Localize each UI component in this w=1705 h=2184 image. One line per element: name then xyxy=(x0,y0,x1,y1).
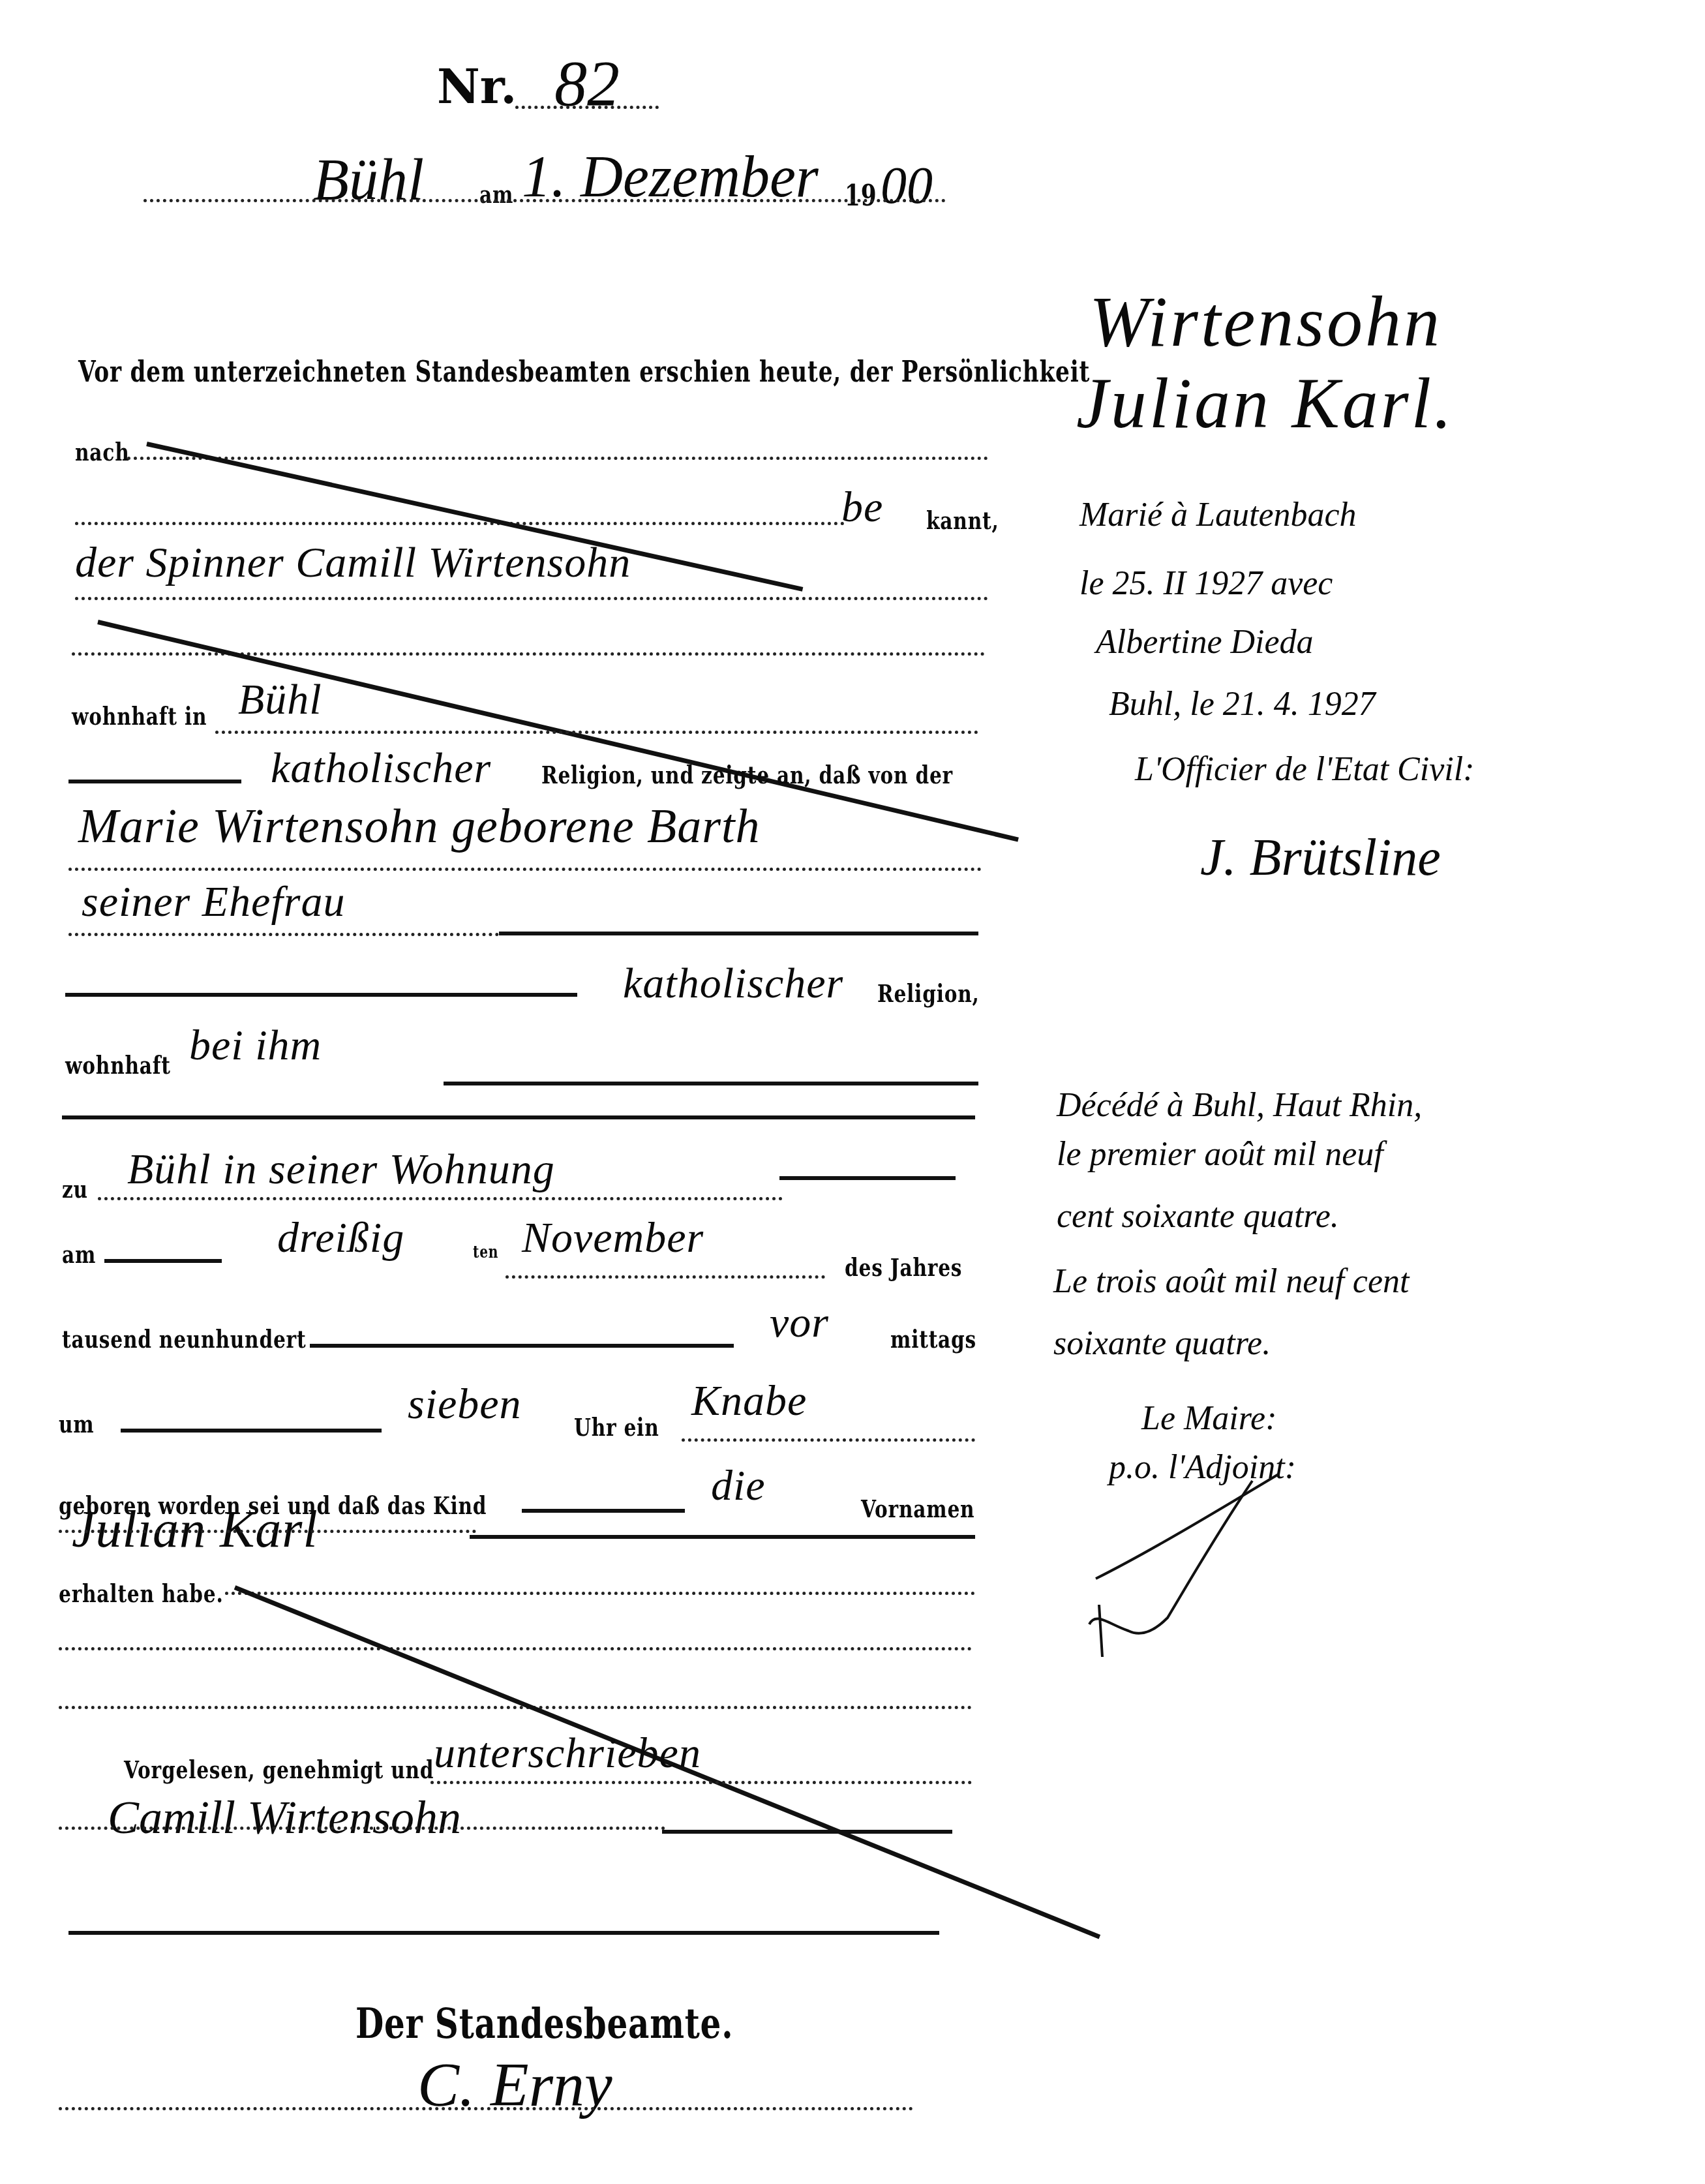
dotted-rule xyxy=(215,731,978,734)
vorgelesen-label: Vorgelesen, genehmigt und xyxy=(124,1755,434,1784)
filled-rule xyxy=(65,993,577,997)
year-suffix: 00 xyxy=(881,157,933,216)
dotted-rule xyxy=(72,652,985,656)
des-jahres-label: des Jahres xyxy=(845,1252,962,1282)
filled-rule xyxy=(62,1115,975,1119)
den-fill: die xyxy=(711,1461,766,1511)
death-note-line: Décédé à Buhl, Haut Rhin, xyxy=(1057,1086,1422,1125)
death-note-line: le premier août mil neuf xyxy=(1057,1135,1383,1174)
dotted-rule xyxy=(225,1592,975,1595)
tausend-label: tausend neunhundert xyxy=(62,1324,306,1354)
dotted-rule xyxy=(515,106,659,109)
filled-rule xyxy=(444,1082,978,1085)
mayor-label: Le Maire: xyxy=(1141,1399,1276,1438)
dotted-rule xyxy=(59,1530,476,1533)
entry-number-label: Nr. xyxy=(437,59,517,114)
child-sex: Knabe xyxy=(691,1376,807,1426)
birth-hour: sieben xyxy=(408,1380,522,1429)
intro-text: Vor dem unterzeichneten Standesbeamten e… xyxy=(78,356,1090,389)
ten-suffix: ten xyxy=(473,1243,498,1262)
uhr-label: Uhr ein xyxy=(574,1412,659,1442)
bekannt-label: kannt, xyxy=(926,506,999,535)
filled-rule xyxy=(779,1176,956,1180)
dotted-rule xyxy=(75,522,845,525)
marriage-note-line: Albertine Dieda xyxy=(1096,623,1314,661)
religion-label: Religion, xyxy=(877,978,980,1008)
dotted-rule xyxy=(143,199,946,202)
dotted-rule xyxy=(98,1197,783,1200)
filled-rule xyxy=(68,780,241,783)
vornamen-label: Vornamen xyxy=(861,1494,974,1523)
birth-month: November xyxy=(522,1213,704,1263)
filled-rule xyxy=(662,1830,952,1834)
marriage-officer-signature: J. Brütsline xyxy=(1200,828,1441,888)
death-note-line: Le trois août mil neuf cent xyxy=(1053,1262,1409,1301)
mittags-fill: vor xyxy=(770,1298,829,1348)
dotted-rule xyxy=(59,2107,913,2110)
marriage-note-line: le 25. II 1927 avec xyxy=(1079,564,1333,603)
dotted-rule xyxy=(430,1781,972,1784)
dotted-rule xyxy=(59,1706,972,1709)
am-label: am xyxy=(479,179,513,209)
filled-rule xyxy=(522,1509,685,1513)
death-note-line: cent soixante quatre. xyxy=(1057,1197,1339,1236)
marriage-note-line: Marié à Lautenbach xyxy=(1079,496,1357,534)
residence-value: Bühl xyxy=(238,675,322,725)
zu-label: zu xyxy=(62,1174,88,1204)
wohnhaft-label: wohnhaft in xyxy=(72,701,207,731)
official-title: Der Standesbeamte. xyxy=(355,1999,733,2048)
filled-rule xyxy=(121,1429,382,1433)
entry-number: 82 xyxy=(554,46,620,121)
marriage-note-line: L'Officier de l'Etat Civil: xyxy=(1135,750,1475,789)
year-prefix: 19 xyxy=(845,179,877,213)
birth-place: Bühl in seiner Wohnung xyxy=(127,1145,555,1194)
unterschrieben-fill: unterschrieben xyxy=(434,1729,701,1778)
mother-name: Marie Wirtensohn geborene Barth xyxy=(78,799,761,855)
dotted-rule xyxy=(68,868,982,871)
filled-rule xyxy=(499,932,978,935)
nach-label: nach xyxy=(75,437,129,466)
filled-rule xyxy=(104,1259,222,1263)
informant-religion: katholischer xyxy=(271,744,491,793)
bekannt-fill: be xyxy=(841,483,883,532)
dotted-rule xyxy=(59,1827,665,1830)
relation-value: seiner Ehefrau xyxy=(82,877,345,927)
filled-rule xyxy=(68,1931,939,1935)
register-page: Nr. 82 Bühl am 1. Dezember 19 00 Vor dem… xyxy=(0,0,1705,2184)
mother-residence: bei ihm xyxy=(189,1021,322,1070)
margin-surname: Wirtensohn xyxy=(1089,281,1442,363)
dotted-rule xyxy=(505,1275,825,1279)
place-of-record: Bühl xyxy=(313,147,424,214)
informant-signature: Camill Wirtensohn xyxy=(108,1791,461,1845)
mittags-label: mittags xyxy=(890,1324,976,1354)
mother-religion: katholischer xyxy=(623,959,843,1009)
filled-rule xyxy=(310,1344,734,1348)
am-label-2: am xyxy=(62,1239,96,1269)
filled-rule xyxy=(470,1535,975,1539)
margin-given-names: Julian Karl. xyxy=(1076,362,1455,445)
dotted-rule xyxy=(127,457,988,460)
wohnhaft-label-2: wohnhaft xyxy=(65,1050,171,1080)
dotted-rule xyxy=(68,933,499,936)
dotted-rule xyxy=(59,1647,972,1650)
dotted-rule xyxy=(75,597,988,600)
marriage-note-line: Buhl, le 21. 4. 1927 xyxy=(1109,685,1376,723)
birth-day: dreißig xyxy=(277,1213,404,1263)
um-label: um xyxy=(59,1409,94,1438)
death-note-line: soixante quatre. xyxy=(1053,1324,1271,1363)
adjoint-signature-mark xyxy=(1070,1435,1331,1663)
religion-statement: Religion, und zeigte an, daß von der xyxy=(541,760,953,789)
informant-name: der Spinner Camill Wirtensohn xyxy=(75,538,631,588)
dotted-rule xyxy=(682,1438,975,1442)
erhalten-label: erhalten habe. xyxy=(59,1579,223,1608)
